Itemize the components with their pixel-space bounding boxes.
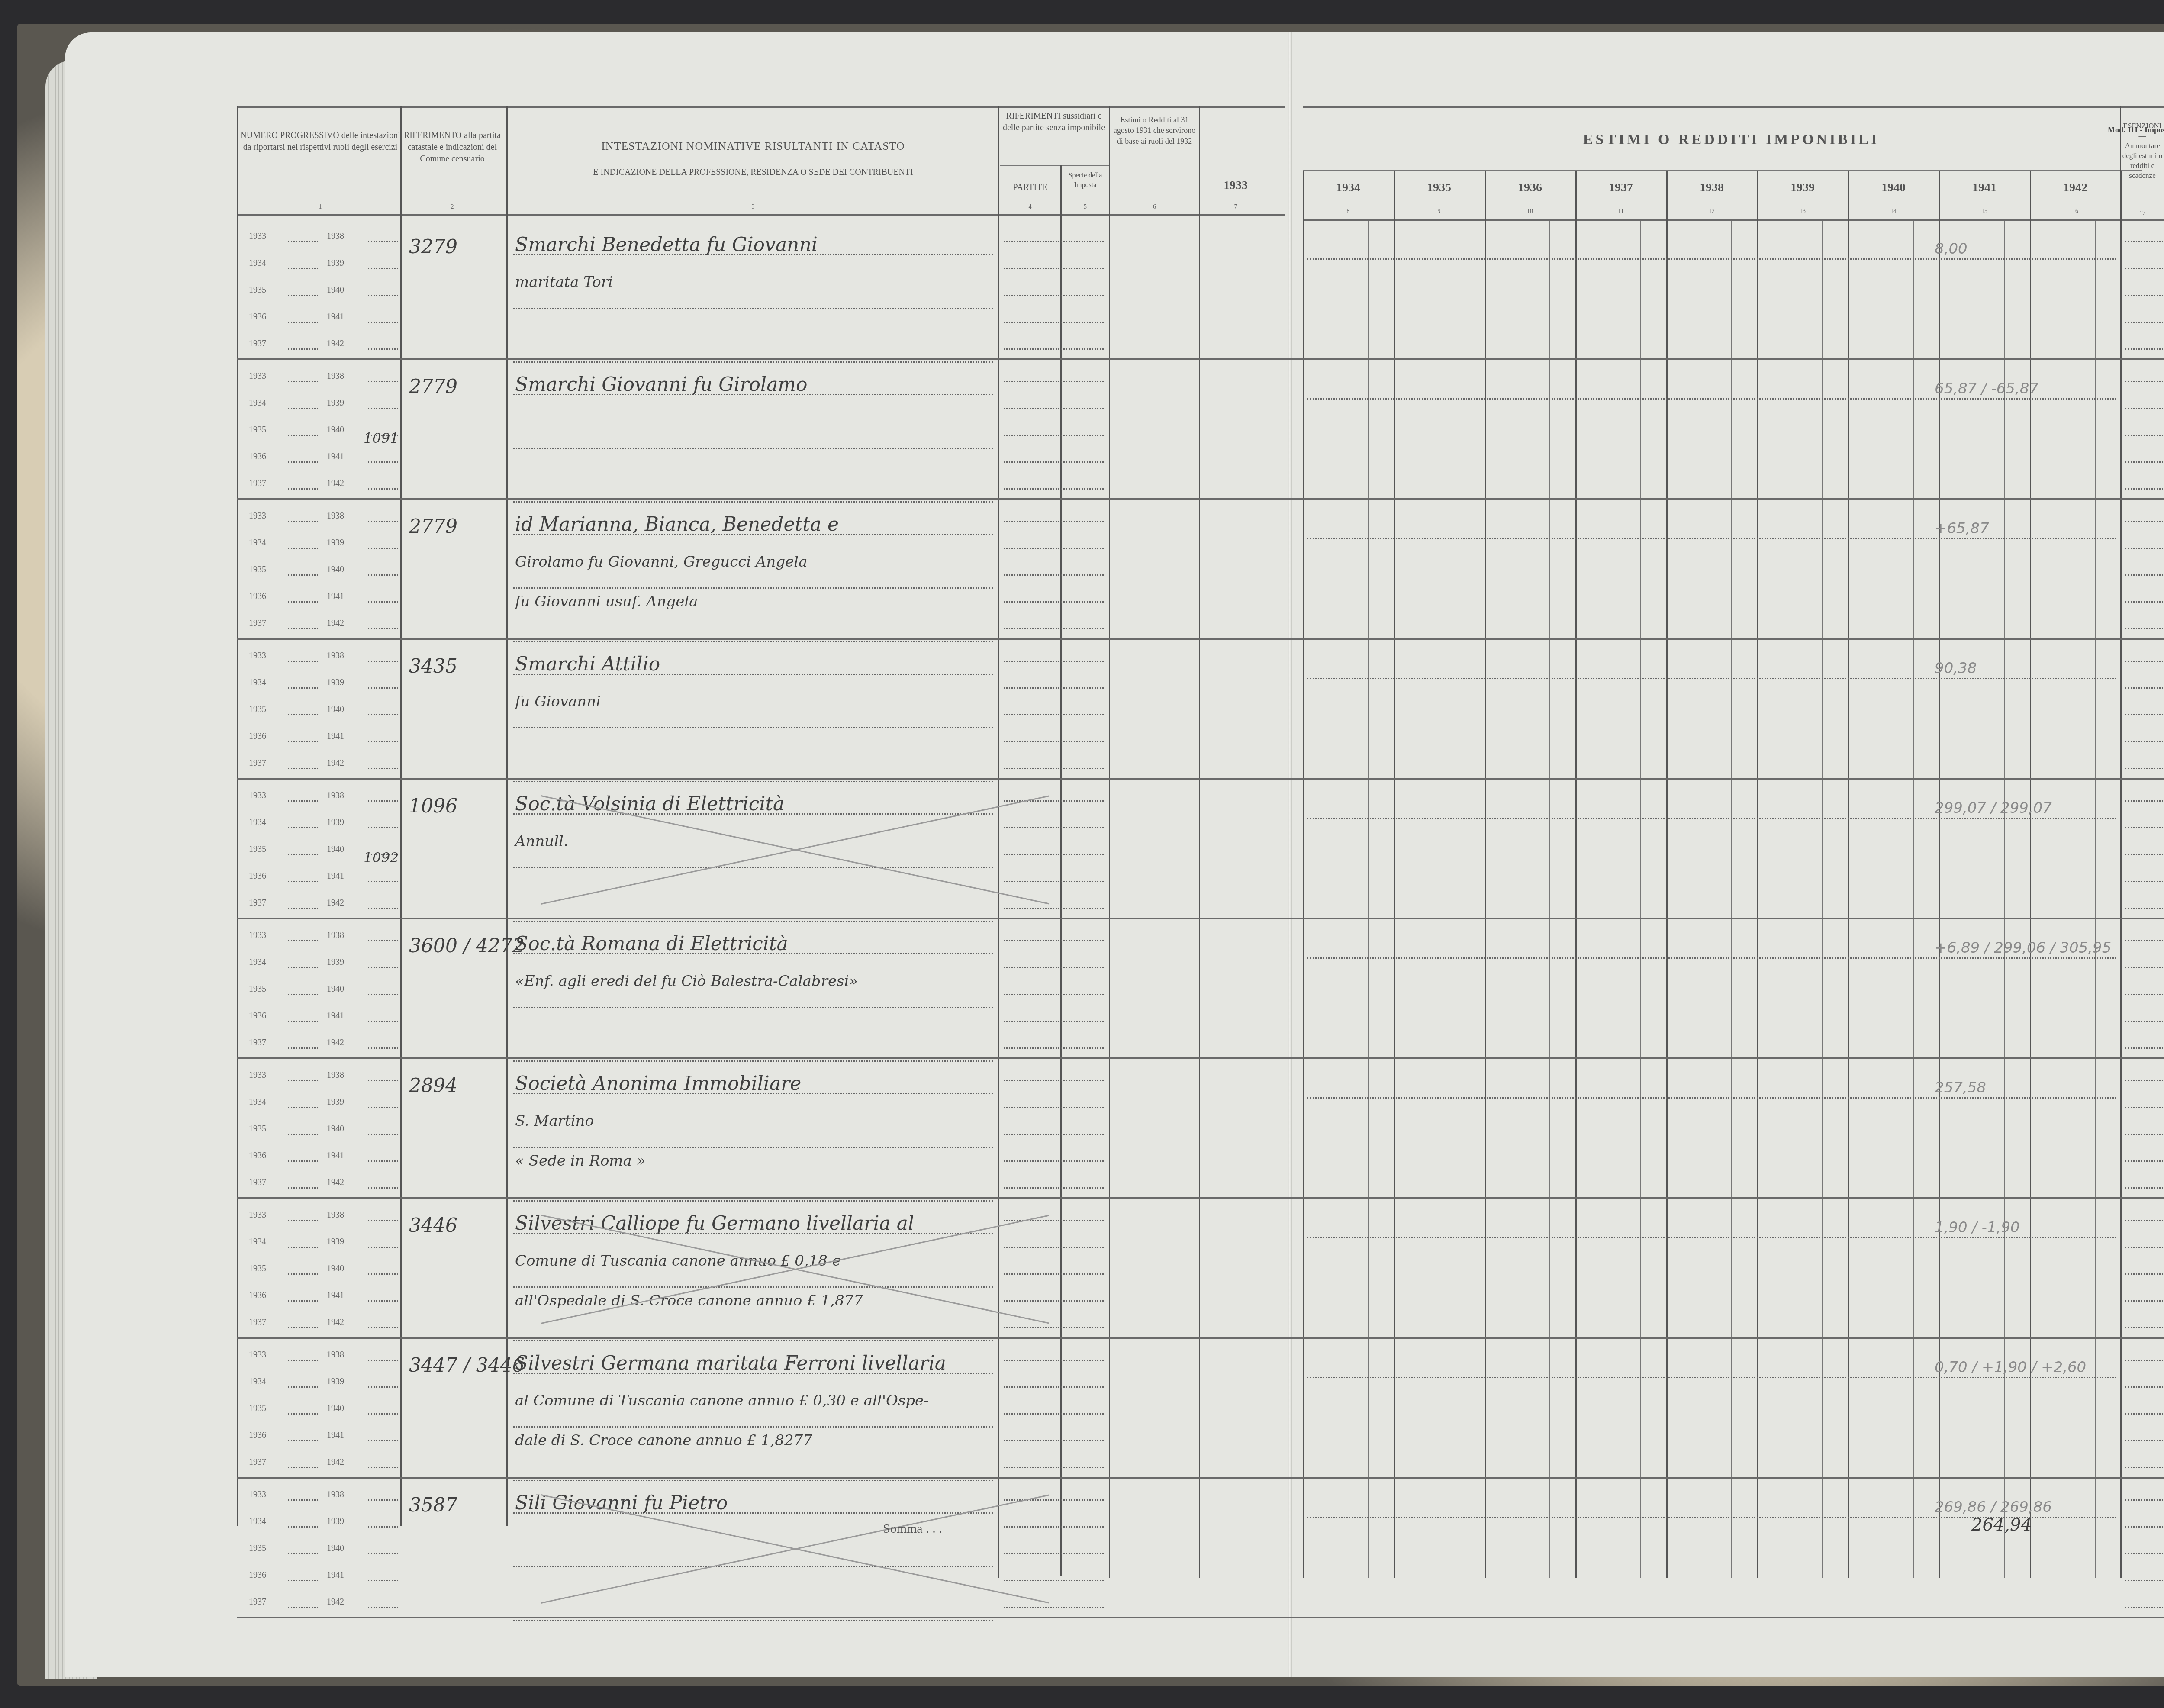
row-year-right: 1942 (327, 1178, 344, 1188)
year-col-number: 16 (2030, 208, 2121, 216)
dotted-rule (1004, 1413, 1104, 1415)
row-year-left: 1937 (249, 1597, 266, 1607)
rule (1666, 171, 1668, 1578)
intestazione-line: Annull. (515, 833, 568, 850)
dotted-rule (2125, 1553, 2164, 1554)
dotted-rule (1004, 488, 1104, 490)
dotted-rule (288, 1080, 318, 1081)
row-year-right: 1938 (327, 371, 344, 381)
col-specie-imposta: Specie della Imposta (1063, 171, 1108, 190)
dotted-rule (513, 1426, 993, 1428)
rule (1822, 221, 1823, 1578)
dotted-rule (288, 661, 318, 662)
row-year-right: 1938 (327, 232, 344, 242)
row-year-right: 1939 (327, 818, 344, 828)
row-separator (237, 1057, 2164, 1059)
dotted-rule (1307, 538, 2116, 539)
row-year-right: 1939 (327, 398, 344, 408)
dotted-rule (1307, 678, 2116, 679)
dotted-rule (368, 628, 398, 629)
year-header-1942: 1942 (2030, 180, 2121, 196)
row-year-right: 1941 (327, 1431, 344, 1441)
row-year-left: 1935 (249, 1124, 266, 1134)
row-year-left: 1934 (249, 818, 266, 828)
dotted-rule (288, 1413, 318, 1415)
rule (2120, 106, 2121, 1578)
dotted-rule (368, 1160, 398, 1162)
dotted-rule (288, 1247, 318, 1248)
dotted-rule (288, 687, 318, 689)
partita-number: 3447 / 3446 (409, 1354, 525, 1376)
dotted-rule (368, 687, 398, 689)
dotted-rule (288, 1467, 318, 1468)
right-header-bottom-rule (1303, 219, 2164, 221)
dotted-rule (288, 1220, 318, 1221)
dotted-rule (288, 800, 318, 802)
rule (1848, 171, 1849, 1578)
row-year-right: 1940 (327, 285, 344, 295)
header-bottom-rule (237, 214, 1285, 216)
row-year-right: 1939 (327, 957, 344, 967)
row-year-right: 1940 (327, 984, 344, 994)
dotted-rule (1004, 1526, 1104, 1528)
dotted-rule (368, 1386, 398, 1388)
dotted-rule (2125, 548, 2164, 549)
dotted-rule (288, 1273, 318, 1275)
dotted-rule (1004, 1080, 1104, 1081)
dotted-rule (513, 727, 993, 728)
row-year-left: 1935 (249, 425, 266, 435)
value-1941: 299,07 / 299,07 (1935, 799, 2052, 817)
dotted-rule (1307, 1237, 2116, 1238)
dotted-rule (1004, 1021, 1104, 1022)
col-estimi-1931: Estimi o Redditi al 31 agosto 1931 che s… (1110, 115, 1199, 146)
row-year-left: 1933 (249, 1070, 266, 1080)
row-year-left: 1934 (249, 1377, 266, 1387)
dotted-rule (368, 548, 398, 549)
dotted-rule (1004, 768, 1104, 769)
row-year-left: 1937 (249, 1318, 266, 1328)
dotted-rule (513, 448, 993, 449)
dotted-rule (2125, 1187, 2164, 1189)
dotted-rule (1307, 957, 2116, 959)
dotted-rule (368, 1413, 398, 1415)
dotted-rule (288, 741, 318, 742)
dotted-rule (288, 1580, 318, 1581)
dotted-rule (288, 241, 318, 242)
dotted-rule (2125, 628, 2164, 629)
col-1-number: 1 (240, 203, 400, 212)
year-header-1936: 1936 (1485, 180, 1575, 196)
intestazione-line: Smarchi Attilio (515, 653, 660, 675)
row-separator (237, 498, 2164, 500)
dotted-rule (288, 827, 318, 828)
dotted-rule (288, 967, 318, 968)
dotted-rule (288, 768, 318, 769)
intestazione-line: fu Giovanni (515, 693, 601, 710)
intestazione-line: S. Martino (515, 1112, 594, 1130)
dotted-rule (1004, 1160, 1104, 1162)
dotted-rule (2125, 661, 2164, 662)
dotted-rule (513, 501, 993, 503)
dotted-rule (368, 1080, 398, 1081)
row-year-left: 1934 (249, 957, 266, 967)
dotted-rule (1004, 435, 1104, 436)
dotted-rule (1004, 1300, 1104, 1302)
intestazione-line: Silvestri Germana maritata Ferroni livel… (515, 1352, 946, 1374)
dotted-rule (513, 921, 993, 922)
row-year-left: 1934 (249, 538, 266, 548)
dotted-rule (1004, 461, 1104, 463)
col-esenzioni: ESENZIONI — Ammontare degli estimi o red… (2121, 121, 2164, 181)
side-note: 1092 (364, 849, 399, 866)
dotted-rule (288, 908, 318, 909)
row-year-right: 1942 (327, 1457, 344, 1467)
dotted-rule (513, 361, 993, 363)
row-year-right: 1941 (327, 1291, 344, 1301)
col-2-number: 2 (403, 203, 502, 212)
row-separator (237, 778, 2164, 780)
dotted-rule (368, 827, 398, 828)
dotted-rule (2125, 1580, 2164, 1581)
dotted-rule (368, 661, 398, 662)
row-separator (237, 638, 2164, 640)
dotted-rule (1004, 687, 1104, 689)
dotted-rule (2125, 1021, 2164, 1022)
row-year-right: 1942 (327, 1038, 344, 1048)
col-6-number: 6 (1110, 203, 1199, 212)
dotted-rule (1004, 714, 1104, 715)
row-year-right: 1942 (327, 339, 344, 349)
dotted-rule (288, 994, 318, 995)
dotted-rule (2125, 322, 2164, 323)
rule (1731, 221, 1732, 1578)
dotted-rule (2125, 1360, 2164, 1361)
dotted-rule (368, 1021, 398, 1022)
dotted-rule (513, 867, 993, 868)
dotted-rule (368, 574, 398, 576)
row-separator (237, 918, 2164, 919)
row-year-right: 1939 (327, 1517, 344, 1527)
row-year-left: 1933 (249, 791, 266, 801)
intestazione-line: «Enf. agli eredi del fu Ciò Balestra-Cal… (515, 973, 858, 990)
intestazione-line: Smarchi Benedetta fu Giovanni (515, 234, 818, 256)
dotted-rule (368, 1107, 398, 1108)
row-year-left: 1936 (249, 592, 266, 602)
subheader-rule (1000, 165, 1110, 166)
row-year-right: 1940 (327, 1124, 344, 1134)
intestazione-line: Soc.tà Volsinia di Elettricità (515, 793, 784, 815)
row-year-right: 1940 (327, 844, 344, 854)
dotted-rule (288, 1499, 318, 1501)
row-year-left: 1937 (249, 898, 266, 908)
intestazione-line: Silvestri Calliope fu Germano livellaria… (515, 1212, 914, 1234)
dotted-rule (288, 1021, 318, 1022)
dotted-rule (513, 641, 993, 642)
dotted-rule (1004, 348, 1104, 350)
row-year-left: 1937 (249, 479, 266, 489)
year-header-1939: 1939 (1757, 180, 1848, 196)
dotted-rule (368, 940, 398, 941)
year-col-number: 9 (1394, 208, 1485, 216)
dotted-rule (1004, 1467, 1104, 1468)
row-year-right: 1941 (327, 1011, 344, 1021)
dotted-rule (2125, 488, 2164, 490)
dotted-rule (2125, 854, 2164, 855)
row-year-right: 1940 (327, 705, 344, 715)
dotted-rule (1004, 940, 1104, 941)
col-partite: PARTITE (1000, 182, 1060, 193)
dotted-rule (1004, 967, 1104, 968)
dotted-rule (2125, 827, 2164, 828)
dotted-rule (368, 1247, 398, 1248)
row-separator (237, 1197, 2164, 1199)
row-year-right: 1939 (327, 258, 344, 268)
row-year-right: 1938 (327, 1490, 344, 1500)
dotted-rule (2125, 741, 2164, 742)
dotted-rule (368, 1187, 398, 1189)
year-col-number: 13 (1757, 208, 1848, 216)
row-year-right: 1941 (327, 1151, 344, 1161)
dotted-rule (288, 1386, 318, 1388)
dotted-rule (288, 381, 318, 382)
intestazione-line: maritata Tori (515, 274, 613, 291)
row-year-right: 1942 (327, 898, 344, 908)
row-year-right: 1938 (327, 1350, 344, 1360)
dotted-rule (2125, 1526, 2164, 1528)
partita-number: 3279 (409, 236, 457, 258)
rule (1575, 171, 1577, 1578)
dotted-rule (1307, 818, 2116, 819)
intestazione-line: Soc.tà Romana di Elettricità (515, 933, 788, 955)
value-1941: 0,70 / +1,90 / +2,60 (1935, 1359, 2086, 1376)
dotted-rule (513, 1007, 993, 1008)
dotted-rule (288, 1047, 318, 1049)
dotted-rule (368, 295, 398, 296)
dotted-rule (1004, 268, 1104, 269)
dotted-rule (368, 381, 398, 382)
dotted-rule (2125, 908, 2164, 909)
row-year-left: 1934 (249, 1097, 266, 1107)
dotted-rule (368, 601, 398, 603)
dotted-rule (2125, 435, 2164, 436)
dotted-rule (288, 348, 318, 350)
partita-number: 3587 (409, 1494, 457, 1516)
dotted-rule (368, 488, 398, 490)
row-year-right: 1941 (327, 592, 344, 602)
row-year-left: 1933 (249, 1350, 266, 1360)
row-year-left: 1936 (249, 732, 266, 741)
value-1941: 1,90 / -1,90 (1935, 1219, 2020, 1236)
rule (998, 106, 999, 1578)
dotted-rule (1004, 574, 1104, 576)
row-year-right: 1940 (327, 1264, 344, 1274)
row-year-left: 1933 (249, 232, 266, 242)
dotted-rule (288, 940, 318, 941)
col-riferimento: RIFERIMENTO alla partita catastale e ind… (403, 130, 502, 165)
dotted-rule (1004, 1580, 1104, 1581)
row-year-left: 1935 (249, 705, 266, 715)
dotted-rule (1004, 548, 1104, 549)
dotted-rule (1004, 881, 1104, 882)
row-year-left: 1936 (249, 1431, 266, 1441)
estimi-title: ESTIMI O REDDITI IMPONIBILI (1320, 130, 2142, 150)
dotted-rule (288, 1187, 318, 1189)
row-year-left: 1936 (249, 1011, 266, 1021)
year-col-number: 8 (1303, 208, 1394, 216)
dotted-rule (368, 768, 398, 769)
dotted-rule (288, 521, 318, 522)
dotted-rule (1004, 1440, 1104, 1441)
dotted-rule (288, 408, 318, 409)
row-year-right: 1939 (327, 678, 344, 688)
row-year-left: 1936 (249, 1291, 266, 1301)
partita-number: 2779 (409, 516, 457, 538)
dotted-rule (2125, 1440, 2164, 1441)
dotted-rule (2125, 1300, 2164, 1302)
right-header-top-rule (1303, 106, 2164, 108)
dotted-rule (2125, 574, 2164, 576)
rule (1368, 221, 1369, 1578)
intestazione-line: Comune di Tuscania canone annuo £ 0,18 e (515, 1252, 841, 1270)
dotted-rule (368, 1134, 398, 1135)
row-year-left: 1937 (249, 619, 266, 628)
dotted-rule (288, 1327, 318, 1328)
row-year-left: 1933 (249, 1210, 266, 1220)
dotted-rule (368, 1467, 398, 1468)
row-year-left: 1937 (249, 1178, 266, 1188)
dotted-rule (368, 348, 398, 350)
rule (237, 106, 238, 1526)
year-header-1934: 1934 (1303, 180, 1394, 196)
row-year-right: 1940 (327, 425, 344, 435)
row-year-right: 1942 (327, 479, 344, 489)
dotted-rule (513, 1060, 993, 1062)
dotted-rule (288, 601, 318, 603)
dotted-rule (1004, 908, 1104, 909)
dotted-rule (1004, 1327, 1104, 1328)
dotted-rule (1004, 1273, 1104, 1275)
row-year-right: 1942 (327, 758, 344, 768)
rule (1640, 221, 1641, 1578)
row-year-right: 1940 (327, 565, 344, 575)
dotted-rule (513, 1200, 993, 1202)
dotted-rule (368, 1047, 398, 1049)
year-col-number: 12 (1666, 208, 1757, 216)
dotted-rule (368, 1440, 398, 1441)
partita-number: 1096 (409, 795, 457, 817)
row-separator (237, 1477, 2164, 1479)
row-year-right: 1939 (327, 538, 344, 548)
intestazione-line: Smarchi Giovanni fu Girolamo (515, 374, 808, 396)
dotted-rule (288, 1607, 318, 1608)
dotted-rule (1004, 322, 1104, 323)
dotted-rule (2125, 268, 2164, 269)
rule (1757, 171, 1758, 1578)
row-year-right: 1942 (327, 619, 344, 628)
row-year-left: 1935 (249, 285, 266, 295)
col-4-number: 4 (1000, 203, 1060, 212)
intestazione-line: dale di S. Croce canone annuo £ 1,8277 (515, 1432, 812, 1449)
col-1933: 1933 (1201, 177, 1270, 194)
dotted-rule (2125, 1220, 2164, 1221)
value-1941: 8,00 (1935, 240, 1968, 258)
value-1941: 257,58 (1935, 1079, 1986, 1096)
year-header-1935: 1935 (1394, 180, 1485, 196)
dotted-rule (288, 268, 318, 269)
row-year-right: 1938 (327, 651, 344, 661)
rule (1549, 221, 1550, 1578)
dotted-rule (368, 1499, 398, 1501)
rule (2095, 221, 2096, 1578)
dotted-rule (288, 854, 318, 855)
row-year-right: 1939 (327, 1097, 344, 1107)
partita-number: 3600 / 4272 (409, 935, 525, 957)
dotted-rule (2125, 295, 2164, 296)
dotted-rule (368, 881, 398, 882)
dotted-rule (1004, 601, 1104, 603)
col-riferimenti-sussidiari: RIFERIMENTI sussidiari e delle partite s… (1000, 110, 1108, 134)
dotted-rule (2125, 1467, 2164, 1468)
intestazione-line: id Marianna, Bianca, Benedetta e (515, 513, 839, 535)
dotted-rule (2125, 714, 2164, 715)
dotted-rule (2125, 1160, 2164, 1162)
dotted-rule (1004, 1386, 1104, 1388)
dotted-rule (2125, 800, 2164, 802)
year-header-1941: 1941 (1939, 180, 2030, 196)
dotted-rule (1004, 241, 1104, 242)
row-year-left: 1933 (249, 1490, 266, 1500)
dotted-rule (2125, 601, 2164, 603)
dotted-rule (368, 1220, 398, 1221)
rule (1109, 106, 1110, 1578)
dotted-rule (1004, 628, 1104, 629)
dotted-rule (2125, 521, 2164, 522)
col-numero-progressivo: NUMERO PROGRESSIVO delle intestazioni da… (240, 130, 400, 153)
row-separator (237, 1617, 2164, 1618)
dotted-rule (1004, 295, 1104, 296)
dotted-rule (288, 548, 318, 549)
rule (1485, 171, 1486, 1578)
dotted-rule (288, 461, 318, 463)
row-year-left: 1937 (249, 339, 266, 349)
row-year-left: 1936 (249, 871, 266, 881)
dotted-rule (368, 908, 398, 909)
dotted-rule (2125, 881, 2164, 882)
dotted-rule (2125, 1080, 2164, 1081)
somma-label: Somma . . . (883, 1521, 942, 1536)
intestazione-line: all'Ospedale di S. Croce canone annuo £ … (515, 1292, 863, 1309)
dotted-rule (288, 1134, 318, 1135)
row-year-right: 1941 (327, 312, 344, 322)
dotted-rule (2125, 1247, 2164, 1248)
row-year-left: 1935 (249, 844, 266, 854)
rule (1303, 171, 1304, 1578)
dotted-rule (368, 408, 398, 409)
row-year-right: 1939 (327, 1377, 344, 1387)
rule (400, 106, 402, 1526)
dotted-rule (288, 322, 318, 323)
rule (506, 106, 508, 1526)
book-gutter (1288, 32, 1292, 1677)
partita-number: 3446 (409, 1215, 457, 1237)
row-year-right: 1938 (327, 1210, 344, 1220)
col-17-number: 17 (2121, 210, 2164, 218)
right-page (1290, 32, 2164, 1677)
dotted-rule (2125, 381, 2164, 382)
dotted-rule (368, 994, 398, 995)
row-year-right: 1942 (327, 1318, 344, 1328)
